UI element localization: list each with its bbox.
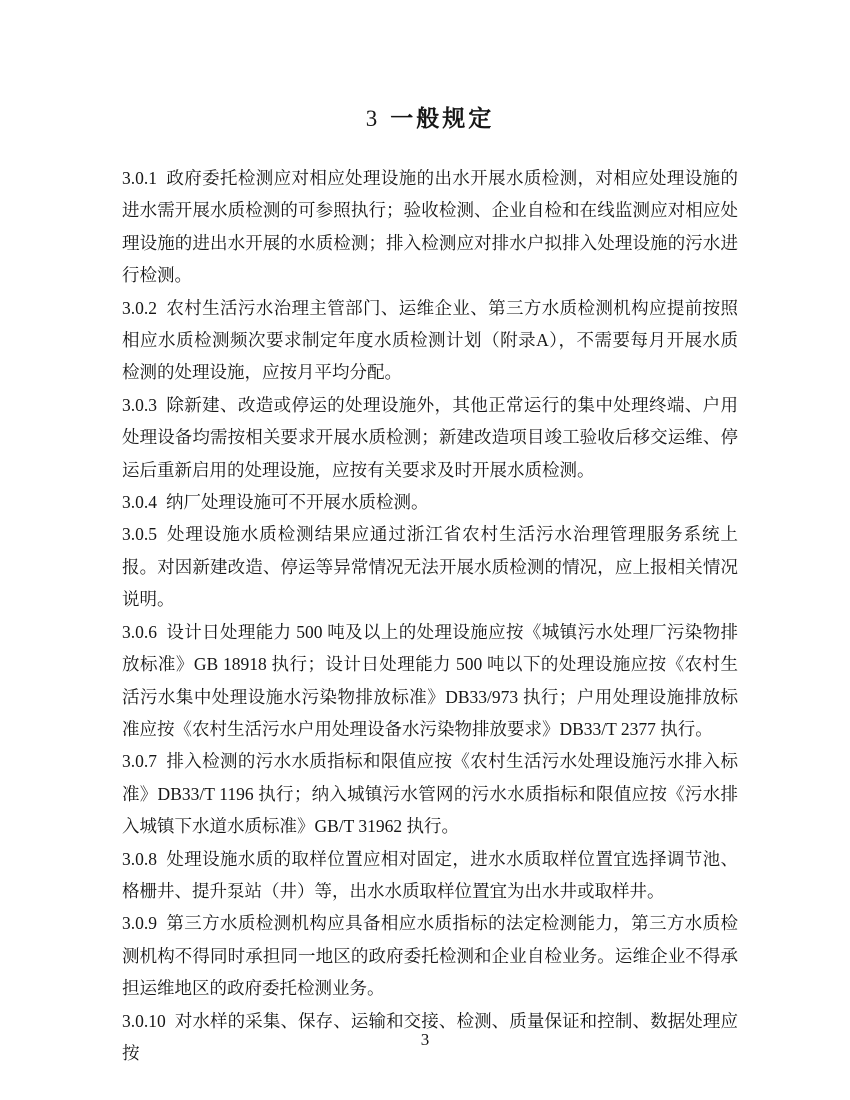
clause-text: 排入检测的污水水质指标和限值应按《农村生活污水处理设施污水排入标准》DB33/T…	[122, 751, 738, 836]
clause-paragraph: 3.0.9第三方水质检测机构应具备相应水质指标的法定检测能力，第三方水质检测机构…	[122, 907, 738, 1004]
clause-text: 处理设施水质检测结果应通过浙江省农村生活污水治理管理服务系统上报。对因新建改造、…	[122, 524, 738, 609]
clause-paragraph: 3.0.5处理设施水质检测结果应通过浙江省农村生活污水治理管理服务系统上报。对因…	[122, 518, 738, 615]
clause-text: 纳厂处理设施可不开展水质检测。	[166, 492, 429, 512]
clause-number: 3.0.2	[122, 298, 157, 318]
clause-paragraph: 3.0.4纳厂处理设施可不开展水质检测。	[122, 486, 738, 518]
clause-paragraph: 3.0.6设计日处理能力 500 吨及以上的处理设施应按《城镇污水处理厂污染物排…	[122, 616, 738, 746]
clause-text: 处理设施水质的取样位置应相对固定，进水水质取样位置宜选择调节池、格栅井、提升泵站…	[122, 849, 738, 901]
document-page: 3一般规定 3.0.1政府委托检测应对相应处理设施的出水开展水质检测，对相应处理…	[0, 0, 850, 1100]
clause-paragraph: 3.0.2农村生活污水治理主管部门、运维企业、第三方水质检测机构应提前按照相应水…	[122, 292, 738, 389]
clause-number: 3.0.9	[122, 913, 157, 933]
clause-number: 3.0.6	[122, 622, 157, 642]
clause-number: 3.0.3	[122, 395, 157, 415]
page-number: 3	[0, 1030, 850, 1050]
page-content: 3一般规定 3.0.1政府委托检测应对相应处理设施的出水开展水质检测，对相应处理…	[122, 103, 738, 1069]
section-title-text: 一般规定	[390, 105, 494, 131]
clause-paragraph: 3.0.1政府委托检测应对相应处理设施的出水开展水质检测，对相应处理设施的进水需…	[122, 162, 738, 292]
clause-number: 3.0.1	[122, 168, 157, 188]
clause-text: 第三方水质检测机构应具备相应水质指标的法定检测能力，第三方水质检测机构不得同时承…	[122, 913, 738, 998]
clause-number: 3.0.5	[122, 524, 157, 544]
section-title: 3一般规定	[122, 103, 738, 134]
clause-number: 3.0.4	[122, 492, 157, 512]
clause-paragraph: 3.0.8处理设施水质的取样位置应相对固定，进水水质取样位置宜选择调节池、格栅井…	[122, 843, 738, 908]
clause-number: 3.0.7	[122, 751, 157, 771]
section-number: 3	[366, 106, 378, 131]
clause-text: 政府委托检测应对相应处理设施的出水开展水质检测，对相应处理设施的进水需开展水质检…	[122, 168, 738, 285]
clause-number: 3.0.10	[122, 1011, 166, 1031]
clause-paragraph: 3.0.3除新建、改造或停运的处理设施外，其他正常运行的集中处理终端、户用处理设…	[122, 389, 738, 486]
clause-text: 农村生活污水治理主管部门、运维企业、第三方水质检测机构应提前按照相应水质检测频次…	[122, 298, 738, 383]
clause-text: 设计日处理能力 500 吨及以上的处理设施应按《城镇污水处理厂污染物排放标准》G…	[122, 622, 738, 739]
clause-paragraph: 3.0.7排入检测的污水水质指标和限值应按《农村生活污水处理设施污水排入标准》D…	[122, 745, 738, 842]
clause-number: 3.0.8	[122, 849, 157, 869]
clause-text: 除新建、改造或停运的处理设施外，其他正常运行的集中处理终端、户用处理设备均需按相…	[122, 395, 738, 480]
